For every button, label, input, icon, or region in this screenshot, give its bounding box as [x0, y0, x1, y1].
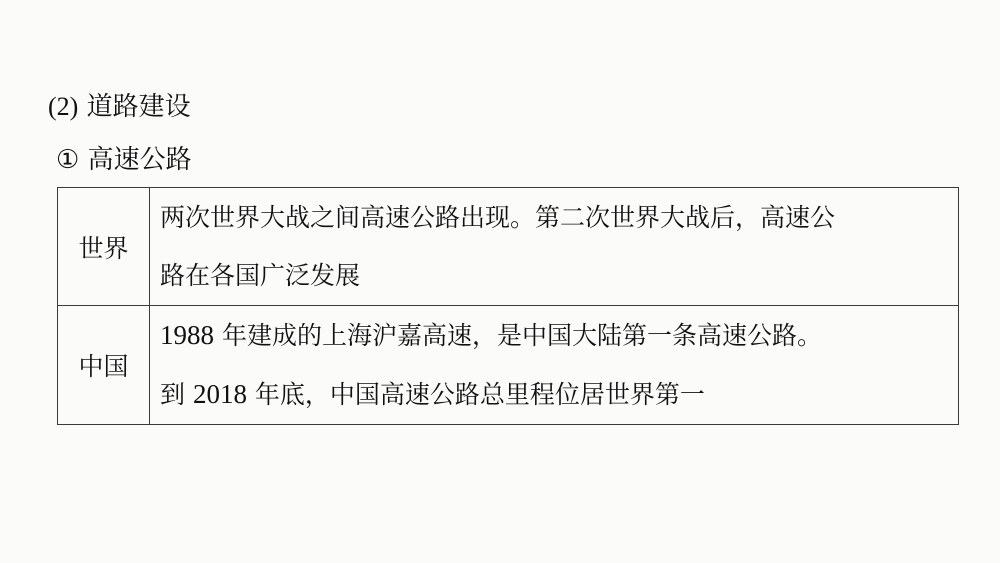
row-content-china: 1988 年建成的上海沪嘉高速，是中国大陆第一条高速公路。 到 2018 年底，…	[150, 306, 959, 425]
china-line-1: 1988 年建成的上海沪嘉高速，是中国大陆第一条高速公路。	[160, 306, 946, 365]
subsection-heading: ① 高速公路	[56, 147, 192, 173]
world-line-2: 路在各国广泛发展	[160, 247, 946, 305]
china-line-2-text: 年底，中国高速公路总里程位居世界第一	[247, 380, 705, 409]
world-line-1: 两次世界大战之间高速公路出现。第二次世界大战后，高速公	[160, 189, 946, 247]
section-heading: (2) 道路建设	[48, 94, 191, 120]
subsection-marker: ①	[56, 145, 79, 175]
section-title: 道路建设	[87, 92, 191, 122]
table-row-world: 世界 两次世界大战之间高速公路出现。第二次世界大战后，高速公 路在各国广泛发展	[58, 188, 959, 306]
china-line-2: 到 2018 年底，中国高速公路总里程位居世界第一	[160, 365, 946, 424]
table-row-china: 中国 1988 年建成的上海沪嘉高速，是中国大陆第一条高速公路。 到 2018 …	[58, 306, 959, 425]
year-2018: 2018	[193, 379, 247, 409]
china-line-1-text: 年建成的上海沪嘉高速，是中国大陆第一条高速公路。	[214, 321, 822, 350]
row-label-world: 世界	[58, 188, 150, 306]
china-line-2-prefix: 到	[160, 380, 193, 409]
subsection-title: 高速公路	[88, 145, 192, 175]
section-number: (2)	[48, 92, 78, 121]
row-content-world: 两次世界大战之间高速公路出现。第二次世界大战后，高速公 路在各国广泛发展	[150, 188, 959, 306]
highway-table: 世界 两次世界大战之间高速公路出现。第二次世界大战后，高速公 路在各国广泛发展 …	[57, 187, 959, 425]
year-1988: 1988	[160, 320, 214, 350]
row-label-china: 中国	[58, 306, 150, 425]
